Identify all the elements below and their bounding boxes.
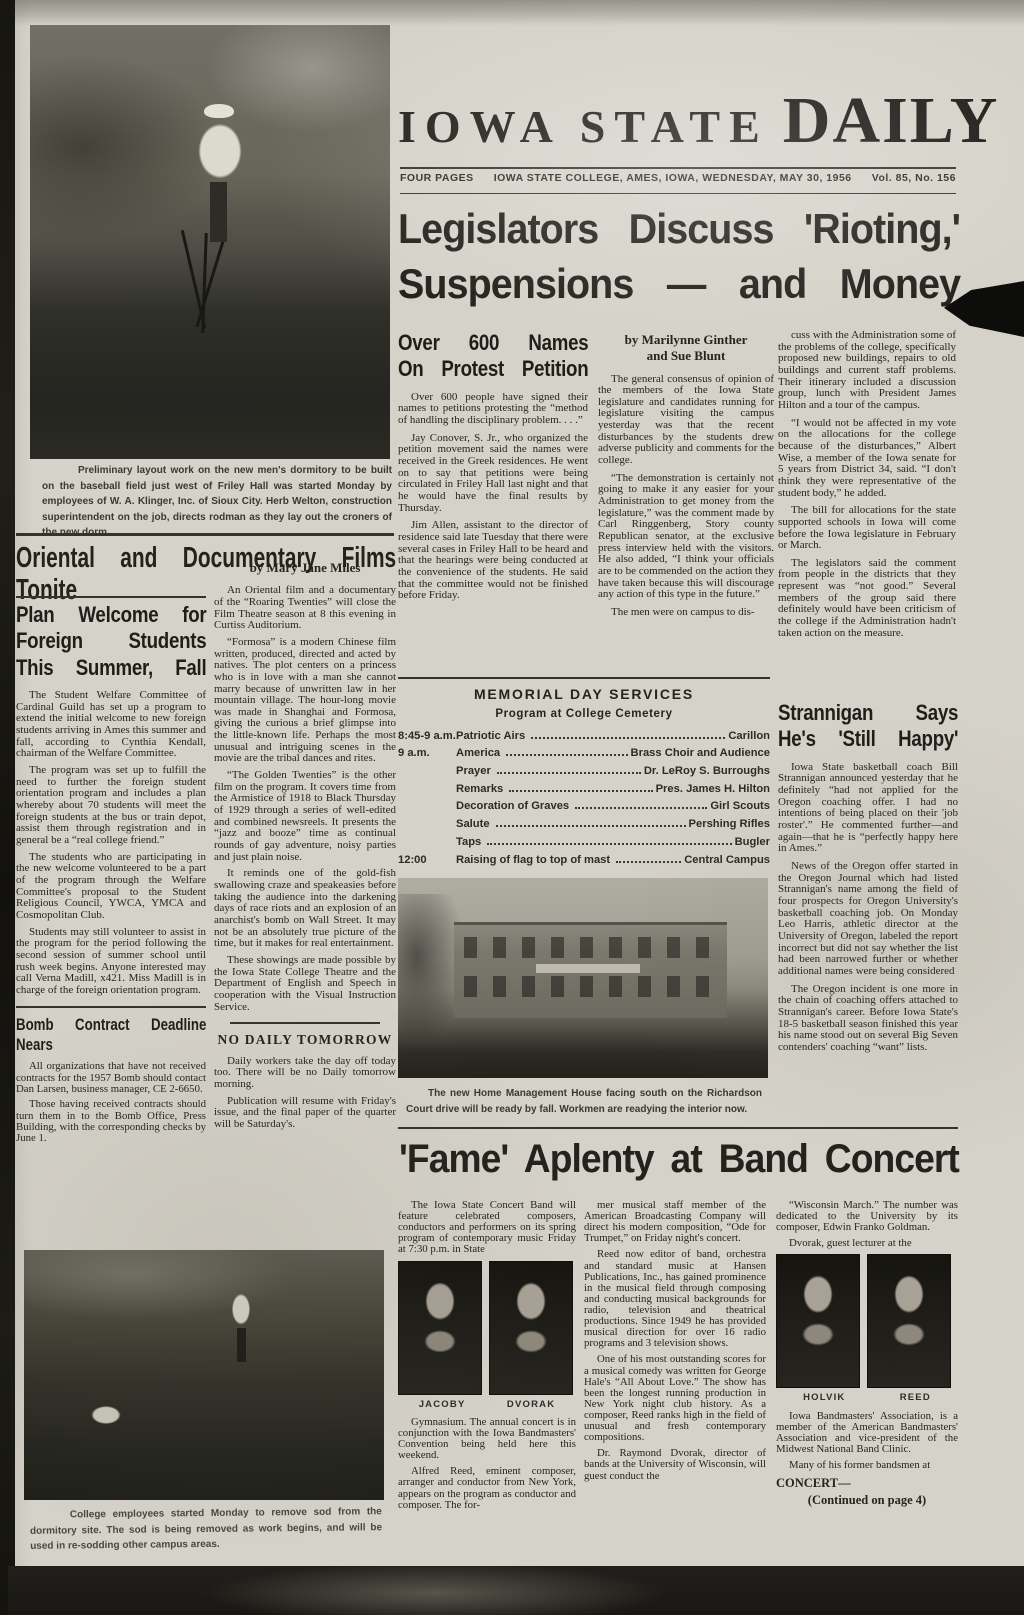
byline-line: and Sue Blunt (598, 348, 774, 364)
dotted-leader (496, 825, 686, 827)
paragraph: The Iowa State Concert Band will feature… (398, 1200, 576, 1256)
mem-event: Taps (456, 837, 484, 848)
band-story-body: The Iowa State Concert Band will feature… (398, 1200, 576, 1256)
paragraph: One of his most outstanding scores for a… (584, 1354, 766, 1443)
paragraph: All organizations that have not received… (16, 1061, 206, 1095)
paragraph: Over 600 people have signed their names … (398, 392, 588, 427)
paragraph: Jim Allen, assistant to the director of … (398, 520, 588, 602)
jacoby-photo (398, 1261, 482, 1395)
mem-perf: Brass Choir and Audience (631, 748, 770, 759)
holvik-label: HOLVIK (803, 1392, 845, 1404)
home-management-caption: The new Home Management House facing sou… (406, 1086, 762, 1117)
program-row: RemarksPres. James H. Hilton (398, 784, 770, 795)
volume-label: Vol. 85, No. 156 (872, 173, 956, 184)
paper-title: IOWA STATE (398, 101, 769, 152)
paragraph: The legislators said the comment from pe… (778, 558, 956, 640)
program-row: Decoration of GravesGirl Scouts (398, 801, 770, 812)
memorial-program: MEMORIAL DAY SERVICES Program at College… (398, 686, 770, 872)
paragraph: Daily workers take the day off today too… (214, 1056, 396, 1091)
paragraph: Dvorak, guest lecturer at the (776, 1238, 958, 1249)
welcome-rule (16, 596, 206, 598)
headline-line: On Protest Petition (398, 356, 588, 382)
jump-slug: CONCERT— (776, 1476, 958, 1492)
paragraph: Iowa Bandmasters' Association, is a memb… (776, 1411, 958, 1455)
dvorak-photo (489, 1261, 573, 1395)
program-row: 8:45-9 a.m.Patriotic AirsCarillon (398, 731, 770, 742)
torn-edge (0, 0, 1024, 26)
portrait-pair-right (776, 1254, 958, 1388)
paragraph: The men were on campus to dis- (598, 607, 774, 619)
no-daily-headline: NO DAILY TOMORROW (214, 1031, 396, 1049)
paragraph: Iowa State basketball coach Bill Stranni… (778, 762, 958, 855)
bomb-story-body: All organizations that have not received… (16, 1061, 206, 1144)
edition-line: IOWA STATE COLLEGE, AMES, IOWA, WEDNESDA… (494, 173, 852, 184)
headline-line: Suspensions — and Money (398, 257, 960, 312)
mem-event: Salute (456, 819, 493, 830)
reed-label: REED (900, 1392, 931, 1404)
bomb-rule (16, 1006, 206, 1008)
paragraph: Students may still volunteer to assist i… (16, 927, 206, 997)
reed-photo (867, 1254, 951, 1388)
paragraph: News of the Oregon offer started in the … (778, 861, 958, 978)
headline-line: Over 600 Names (398, 330, 588, 356)
protest-story-column: Over 600 Names On Protest Petition Over … (398, 330, 588, 608)
program-row: 12:00Raising of flag to top of mastCentr… (398, 855, 770, 866)
mem-event: Remarks (456, 784, 506, 795)
dorm-survey-caption: Preliminary layout work on the new men's… (42, 463, 392, 541)
paragraph: The Student Welfare Committee of Cardina… (16, 690, 206, 760)
scan-bottom-edge (8, 1566, 1024, 1615)
house-structure (454, 922, 728, 1018)
program-row: PrayerDr. LeRoy S. Burroughs (398, 766, 770, 777)
pages-label: FOUR PAGES (400, 173, 474, 184)
newspaper-front-page: Preliminary layout work on the new men's… (0, 0, 1024, 1615)
band-story-column-3: “Wisconsin March.” The number was dedica… (776, 1200, 958, 1509)
masthead-rule-bottom (400, 193, 956, 194)
mem-event: America (456, 748, 503, 759)
band-section-rule (398, 1127, 958, 1129)
headline-line: 'Fame' Aplenty at Band Concert (399, 1136, 959, 1182)
memorial-subtitle: Program at College Cemetery (398, 708, 770, 722)
lead-headline: Legislators Discuss 'Rioting,' Suspensio… (398, 202, 960, 311)
band-story-column-1: The Iowa State Concert Band will feature… (398, 1200, 576, 1516)
paragraph: Gymnasium. The annual concert is in conj… (398, 1417, 576, 1461)
paragraph: Publication will resume with Friday's is… (214, 1096, 396, 1131)
paragraph: These showings are made possible by the … (214, 955, 396, 1013)
paragraph: Alfred Reed, eminent composer, arranger … (398, 1466, 576, 1510)
lead-story-column-3: cuss with the Administration some of the… (778, 330, 956, 645)
strannigan-story-body: Iowa State basketball coach Bill Stranni… (778, 762, 958, 1054)
bomb-headline: Bomb Contract Deadline Nears (16, 1015, 206, 1056)
program-row: TapsBugler (398, 837, 770, 848)
headline-line: This Summer, Fall (16, 655, 206, 681)
mem-event: Prayer (456, 766, 494, 777)
home-management-photo (398, 878, 768, 1078)
byline-line: by Marilynne Ginther (598, 332, 774, 348)
dorm-survey-photo (30, 25, 390, 459)
kneeling-worker-figure (82, 1400, 130, 1430)
lead-story-body: cuss with the Administration some of the… (778, 330, 956, 639)
band-story-body: Gymnasium. The annual concert is in conj… (398, 1417, 576, 1511)
tripod-leg (201, 233, 207, 333)
lead-story-body: The general consensus of opinion of the … (598, 374, 774, 619)
paragraph: mer musical staff member of the American… (584, 1200, 766, 1244)
paragraph: Those having received contracts should t… (16, 1099, 206, 1144)
paragraph: “The demonstration is certainly not goin… (598, 473, 774, 601)
memorial-title: MEMORIAL DAY SERVICES (398, 686, 770, 703)
portrait-labels-right: HOLVIK REED (776, 1392, 958, 1404)
paragraph: Jay Conover, S. Jr., who organized the p… (398, 433, 588, 515)
paragraph: The Oregon incident is one more in the c… (778, 984, 958, 1054)
films-story-body: An Oriental film and a documentary of th… (214, 585, 396, 1013)
continued-note: (Continued on page 4) (776, 1493, 958, 1509)
strannigan-headline: Strannigan Says He's 'Still Happy' (778, 700, 958, 753)
dotted-leader (616, 861, 681, 863)
protest-story-body: Over 600 people have signed their names … (398, 392, 588, 602)
lead-story-column-2: by Marilynne Ginther and Sue Blunt The g… (598, 330, 774, 625)
dateline: FOUR PAGES IOWA STATE COLLEGE, AMES, IOW… (400, 173, 956, 184)
program-row: 9 a.m.AmericaBrass Choir and Audience (398, 748, 770, 759)
sod-removal-caption: College employees started Monday to remo… (30, 1504, 382, 1554)
paragraph: The general consensus of opinion of the … (598, 374, 774, 467)
portrait-labels-left: JACOBY DVORAK (398, 1399, 576, 1411)
dotted-leader (575, 807, 707, 809)
memorial-rule (398, 677, 770, 679)
memorial-rows: 8:45-9 a.m.Patriotic AirsCarillon9 a.m.A… (398, 731, 770, 866)
paragraph: “Wisconsin March.” The number was dedica… (776, 1200, 958, 1233)
masthead: IOWA STATE DAILY (398, 88, 958, 154)
headline-line: Plan Welcome for (16, 602, 206, 628)
mem-event: Raising of flag to top of mast (456, 855, 613, 866)
welcome-headline: Plan Welcome for Foreign Students This S… (16, 602, 206, 681)
paragraph: The bill for allocations for the state s… (778, 505, 956, 552)
portrait-pair-left (398, 1261, 576, 1395)
mem-event: Decoration of Graves (456, 801, 572, 812)
no-daily-divider (230, 1022, 380, 1024)
dotted-leader (531, 737, 725, 739)
house-banner (536, 964, 640, 973)
dotted-leader (497, 772, 641, 774)
scan-gutter (0, 0, 15, 1615)
paragraph: cuss with the Administration some of the… (778, 330, 956, 412)
mem-perf: Bugler (735, 837, 770, 848)
surveyor-figure (188, 116, 252, 194)
paragraph: An Oriental film and a documentary of th… (214, 585, 396, 632)
paper-title-accent: DAILY (783, 84, 1000, 157)
worker-figure (226, 1290, 256, 1338)
mem-perf: Pres. James H. Hilton (656, 784, 770, 795)
paragraph: The students who are participating in th… (16, 852, 206, 922)
headline-line: Legislators Discuss 'Rioting,' (398, 202, 960, 257)
dotted-leader (509, 790, 652, 792)
mem-perf: Pershing Rifles (689, 819, 770, 830)
house-windows (464, 976, 716, 997)
byline: by Marilynne Ginther and Sue Blunt (598, 332, 774, 365)
mem-perf: Carillon (728, 731, 770, 742)
protest-story-headline: Over 600 Names On Protest Petition (398, 330, 588, 383)
mem-perf: Central Campus (684, 855, 770, 866)
band-headline: 'Fame' Aplenty at Band Concert (399, 1136, 959, 1182)
sod-removal-photo (24, 1250, 384, 1500)
welcome-story-body: The Student Welfare Committee of Cardina… (16, 690, 206, 996)
band-story-body: mer musical staff member of the American… (584, 1200, 766, 1482)
holvik-photo (776, 1254, 860, 1388)
strannigan-story-column: Strannigan Says He's 'Still Happy' Iowa … (778, 700, 958, 1060)
paragraph: Reed now editor of band, orchestra and s… (584, 1249, 766, 1349)
dotted-leader (506, 754, 627, 756)
mem-time: 9 a.m. (398, 748, 456, 759)
paragraph: “Formosa” is a modern Chinese film writt… (214, 637, 396, 765)
program-row: SalutePershing Rifles (398, 819, 770, 830)
dvorak-label: DVORAK (507, 1399, 555, 1411)
mem-perf: Girl Scouts (710, 801, 770, 812)
headline-line: Strannigan Says (778, 700, 958, 726)
paragraph: It reminds one of the gold-fish swallowi… (214, 868, 396, 950)
paragraph: “The Golden Twenties” is the other film … (214, 770, 396, 863)
band-story-column-2: mer musical staff member of the American… (584, 1200, 766, 1487)
jacoby-label: JACOBY (419, 1399, 466, 1411)
headline-line: He's 'Still Happy' (778, 726, 958, 752)
headline-line: Bomb Contract Deadline Nears (16, 1015, 206, 1056)
headline-line: Foreign Students (16, 628, 206, 654)
house-windows (464, 937, 716, 958)
paragraph: The program was set up to fulfill the ne… (16, 765, 206, 847)
mem-time: 8:45-9 a.m. (398, 731, 456, 742)
paragraph: “I would not be affected in my vote on t… (778, 418, 956, 500)
paragraph: Many of his former bandsmen at (776, 1460, 958, 1471)
paragraph: Dr. Raymond Dvorak, director of bands at… (584, 1448, 766, 1481)
no-daily-body: Daily workers take the day off today too… (214, 1056, 396, 1131)
band-story-body: Iowa Bandmasters' Association, is a memb… (776, 1411, 958, 1472)
dotted-leader (487, 843, 731, 845)
films-byline: by Mary Jane Miles (214, 560, 396, 576)
mem-perf: Dr. LeRoy S. Burroughs (644, 766, 770, 777)
mem-event: Patriotic Airs (456, 731, 528, 742)
films-section-rule (16, 533, 394, 536)
films-story-column: by Mary Jane Miles An Oriental film and … (214, 558, 396, 1136)
welcome-story-column: Plan Welcome for Foreign Students This S… (16, 602, 206, 1149)
mem-time: 12:00 (398, 855, 456, 866)
masthead-rule-top (400, 167, 956, 169)
band-story-body: “Wisconsin March.” The number was dedica… (776, 1200, 958, 1249)
